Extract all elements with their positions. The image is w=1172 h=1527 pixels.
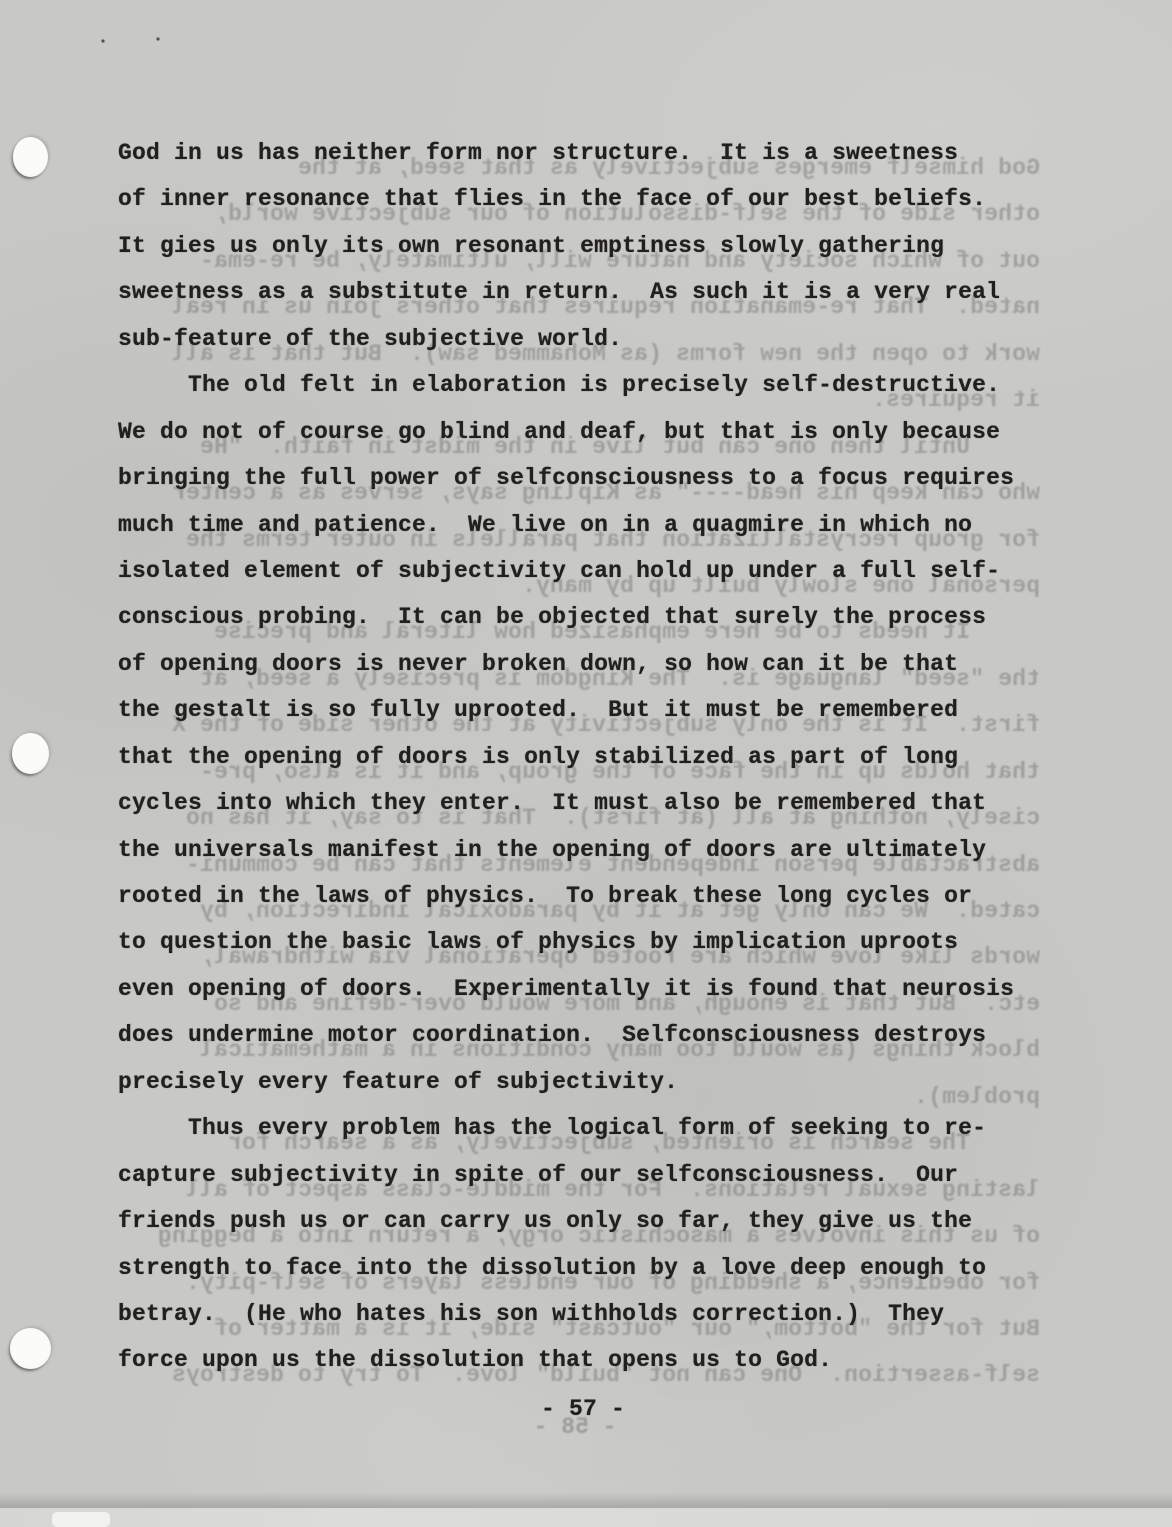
text-line: sweetness as a substitute in return. As … [118, 269, 1048, 315]
speck [101, 39, 105, 43]
text-line: Thus every problem has the logical form … [118, 1105, 1048, 1151]
text-line: isolated element of subjectivity can hol… [118, 548, 1048, 594]
scanner-white-patch [52, 1512, 110, 1527]
text-line: that the opening of doors is only stabil… [118, 734, 1048, 780]
punch-hole-middle [12, 733, 49, 774]
speck [156, 37, 160, 41]
text-line: of opening doors is never broken down, s… [118, 641, 1048, 687]
text-line: does undermine motor coordination. Selfc… [118, 1012, 1048, 1058]
text-line: rooted in the laws of physics. To break … [118, 873, 1048, 919]
text-line: precisely every feature of subjectivity. [118, 1059, 1048, 1105]
text-line: bringing the full power of selfconscious… [118, 455, 1048, 501]
text-line: conscious probing. It can be objected th… [118, 594, 1048, 640]
body-text-block: God in us has neither form nor structure… [118, 130, 1048, 1384]
text-line: We do not of course go blind and deaf, b… [118, 409, 1048, 455]
punch-hole-bottom [10, 1328, 51, 1369]
text-line: strength to face into the dissolution by… [118, 1245, 1048, 1291]
text-line: even opening of doors. Experimentally it… [118, 966, 1048, 1012]
text-line: capture subjectivity in spite of our sel… [118, 1152, 1048, 1198]
scanner-background-strip [0, 1508, 1172, 1527]
punch-hole-top [13, 137, 48, 177]
text-line: God in us has neither form nor structure… [118, 130, 1048, 176]
text-line: the universals manifest in the opening o… [118, 827, 1048, 873]
text-line: betray. (He who hates his son withholds … [118, 1291, 1048, 1337]
text-line: friends push us or can carry us only so … [118, 1198, 1048, 1244]
text-line: the gestalt is so fully uprooted. But it… [118, 687, 1048, 733]
text-line: sub-feature of the subjective world. [118, 316, 1048, 362]
paper-bottom-edge [0, 1492, 1172, 1508]
text-line: The old felt in elaboration is precisely… [118, 362, 1048, 408]
text-line: It gies us only its own resonant emptine… [118, 223, 1048, 269]
text-line: to question the basic laws of physics by… [118, 919, 1048, 965]
text-line: force upon us the dissolution that opens… [118, 1337, 1048, 1383]
text-line: of inner resonance that flies in the fac… [118, 176, 1048, 222]
text-line: much time and patience. We live on in a … [118, 502, 1048, 548]
page-number: - 57 - [118, 1386, 1048, 1432]
text-line: cycles into which they enter. It must al… [118, 780, 1048, 826]
scanned-typescript-page: God himself emerges subjectively as that… [0, 0, 1172, 1527]
